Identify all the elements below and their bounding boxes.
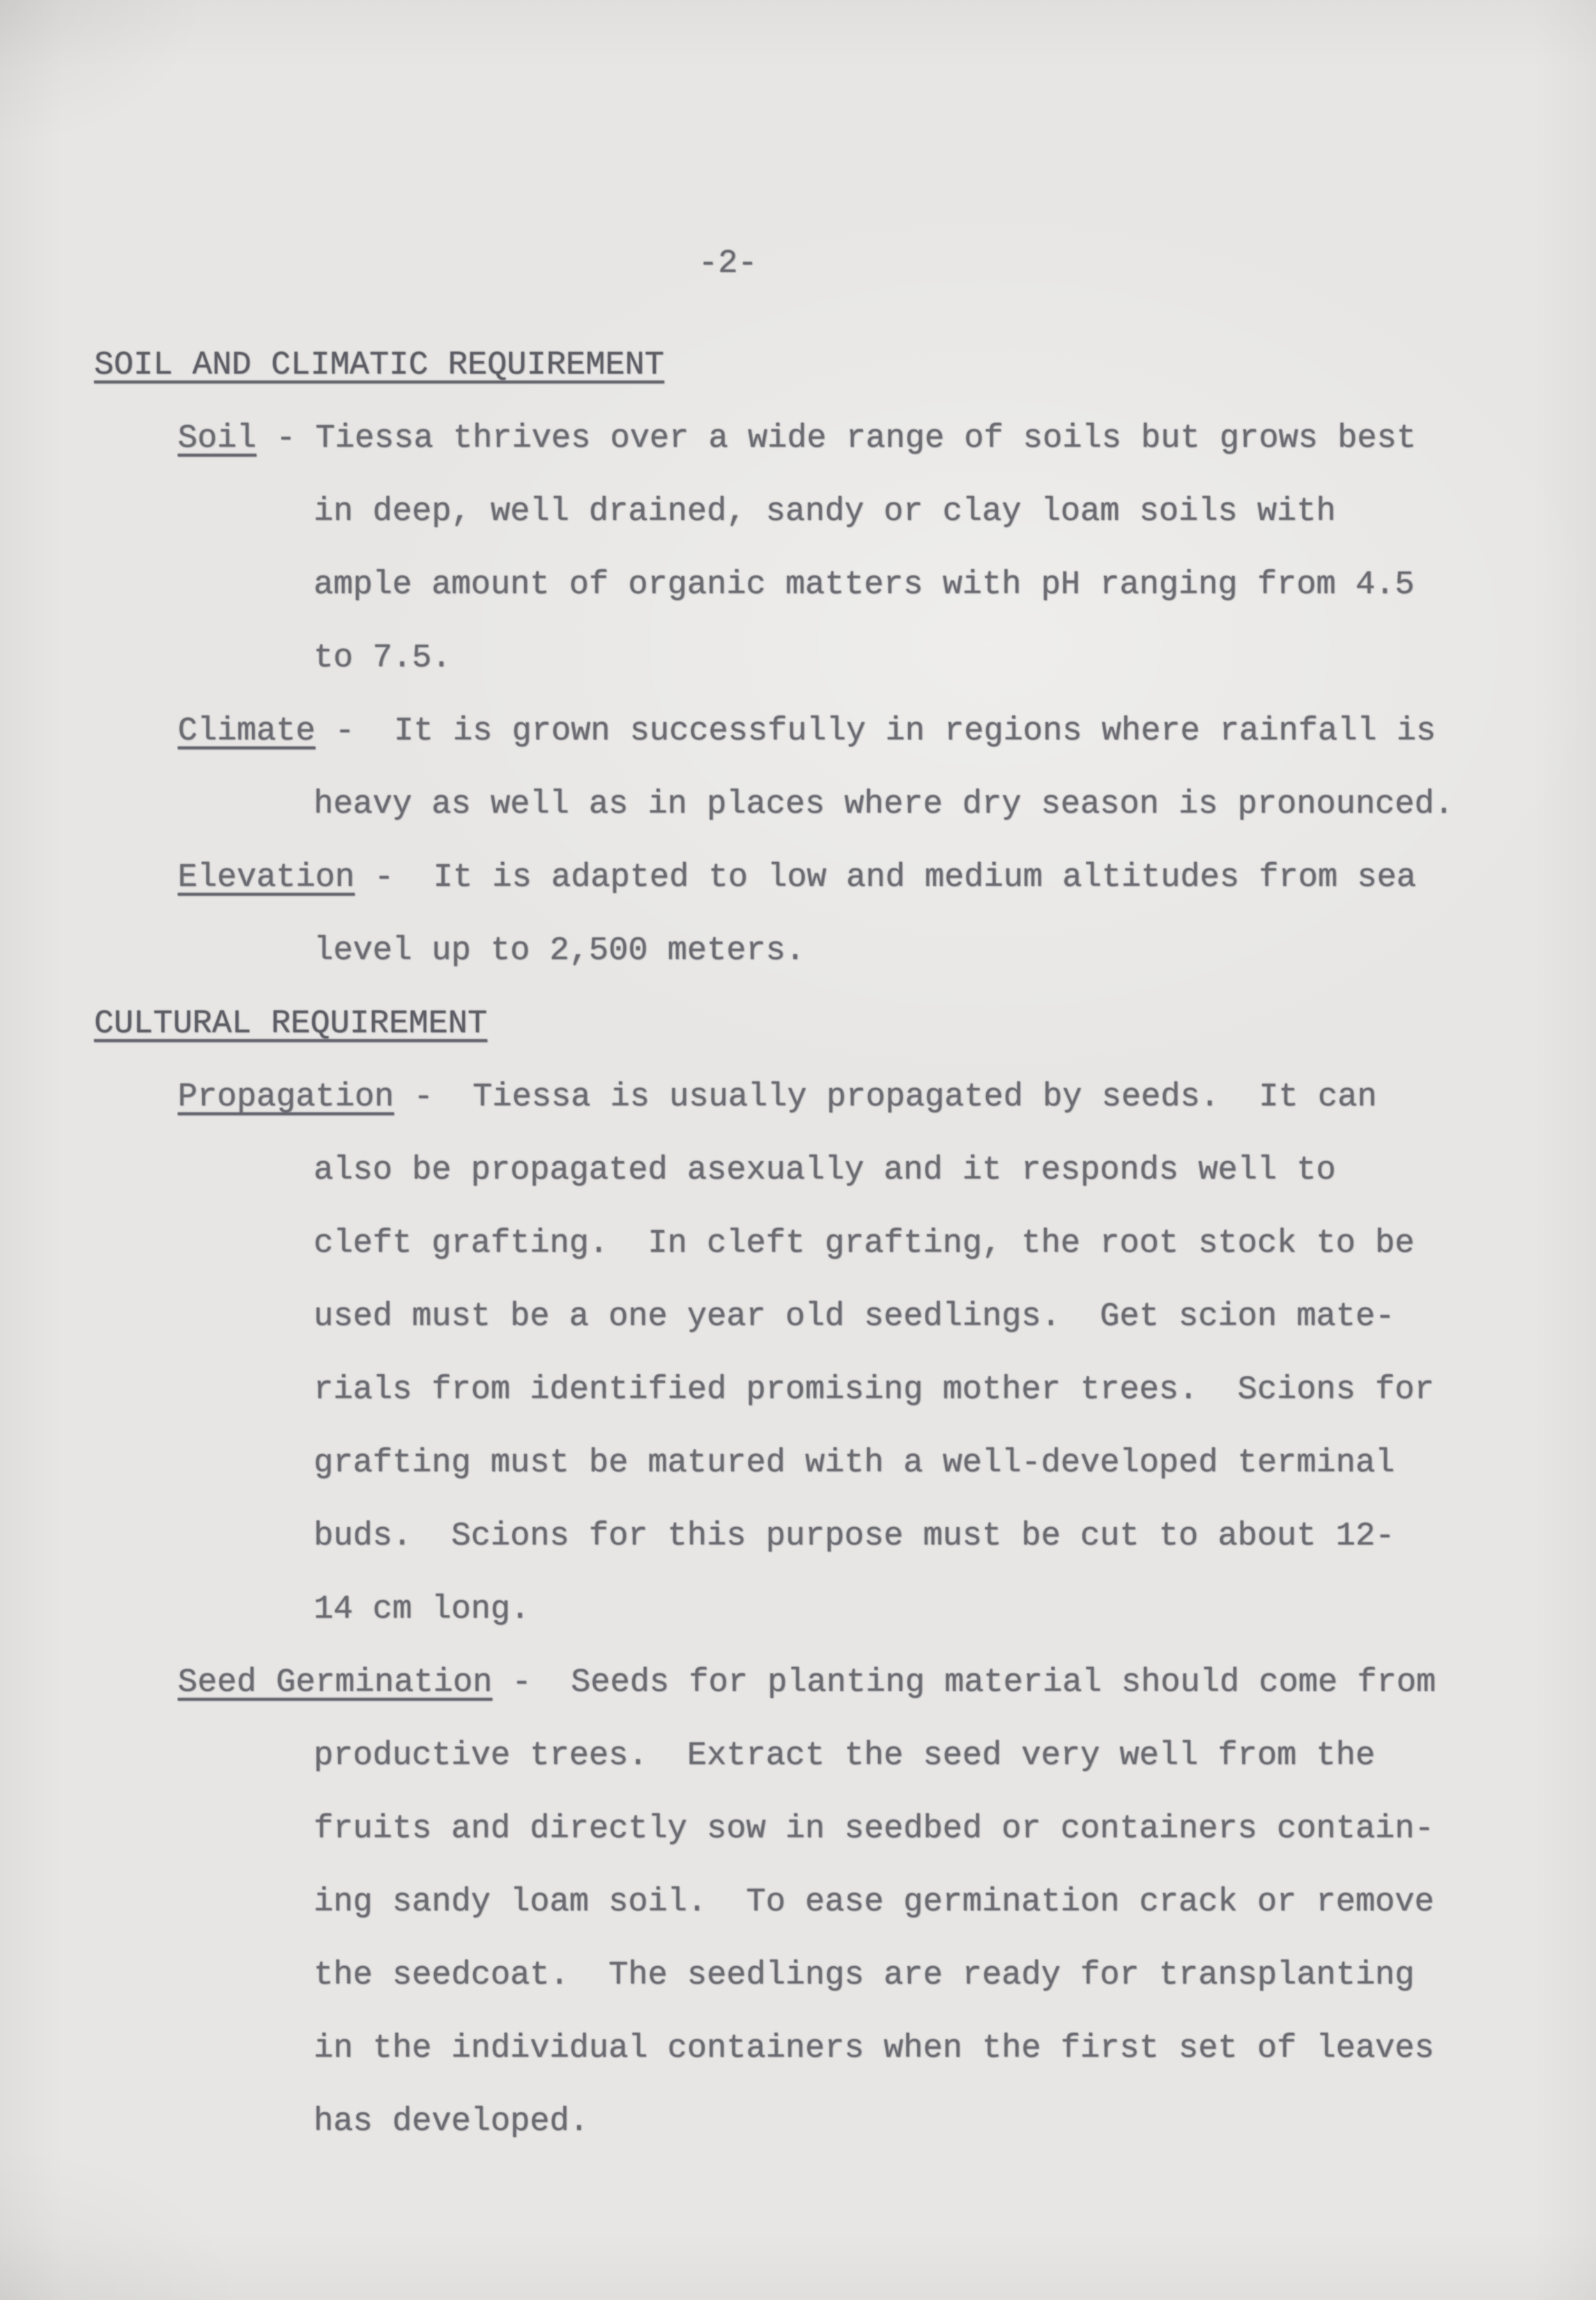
scanned-typewritten-page: -2- SOIL AND CLIMATIC REQUIREMENT Soil -… <box>0 0 1596 2300</box>
section-heading-soil-and-climatic-requirement: SOIL AND CLIMATIC REQUIREMENT <box>94 329 1596 402</box>
text-line: to 7.5. <box>314 622 1596 695</box>
document-body: SOIL AND CLIMATIC REQUIREMENT Soil - Tie… <box>0 329 1596 2159</box>
text-line: in deep, well drained, sandy or clay loa… <box>314 475 1596 549</box>
text-line: also be propagated asexually and it resp… <box>314 1134 1596 1207</box>
text-line: ing sandy loam soil. To ease germination… <box>314 1866 1596 1939</box>
text-line: has developed. <box>314 2085 1596 2159</box>
text-line: productive trees. Extract the seed very … <box>314 1719 1596 1793</box>
entry-seed-germination-text: - Seeds for planting material should com… <box>492 1664 1436 1701</box>
entry-soil-line: Soil - Tiessa thrives over a wide range … <box>178 402 1596 475</box>
text-line: buds. Scions for this purpose must be cu… <box>314 1500 1596 1573</box>
text-line: grafting must be matured with a well-dev… <box>314 1427 1596 1500</box>
text-line: level up to 2,500 meters. <box>314 914 1596 988</box>
entry-seed-germination-line: Seed Germination - Seeds for planting ma… <box>178 1646 1596 1719</box>
entry-label-seed-germination: Seed Germination <box>178 1664 492 1701</box>
entry-elevation-text: - It is adapted to low and medium altitu… <box>355 859 1416 896</box>
entry-label-climate: Climate <box>178 713 315 750</box>
entry-propagation-line: Propagation - Tiessa is usually propagat… <box>178 1061 1596 1134</box>
text-line: in the individual containers when the fi… <box>314 2012 1596 2085</box>
section-heading-text: CULTURAL REQUIREMENT <box>94 1006 487 1043</box>
text-line: rials from identified promising mother t… <box>314 1354 1596 1427</box>
entry-soil-text: - Tiessa thrives over a wide range of so… <box>256 420 1416 457</box>
entry-propagation-text: - Tiessa is usually propagated by seeds.… <box>394 1079 1376 1116</box>
section-heading-text: SOIL AND CLIMATIC REQUIREMENT <box>94 347 664 384</box>
text-line: used must be a one year old seedlings. G… <box>314 1280 1596 1354</box>
entry-label-propagation: Propagation <box>178 1079 394 1116</box>
entry-elevation-line: Elevation - It is adapted to low and med… <box>178 841 1596 914</box>
text-line: cleft grafting. In cleft grafting, the r… <box>314 1207 1596 1280</box>
text-line: 14 cm long. <box>314 1573 1596 1646</box>
page-number: -2- <box>698 245 758 282</box>
text-line: ample amount of organic matters with pH … <box>314 549 1596 622</box>
entry-label-elevation: Elevation <box>178 859 355 896</box>
entry-climate-line: Climate - It is grown successfully in re… <box>178 695 1596 768</box>
entry-label-soil: Soil <box>178 420 256 457</box>
text-line: the seedcoat. The seedlings are ready fo… <box>314 1939 1596 2012</box>
entry-climate-text: - It is grown successfully in regions wh… <box>315 713 1436 750</box>
section-heading-cultural-requirement: CULTURAL REQUIREMENT <box>94 988 1596 1061</box>
text-line: fruits and directly sow in seedbed or co… <box>314 1793 1596 1866</box>
text-line: heavy as well as in places where dry sea… <box>314 768 1596 841</box>
